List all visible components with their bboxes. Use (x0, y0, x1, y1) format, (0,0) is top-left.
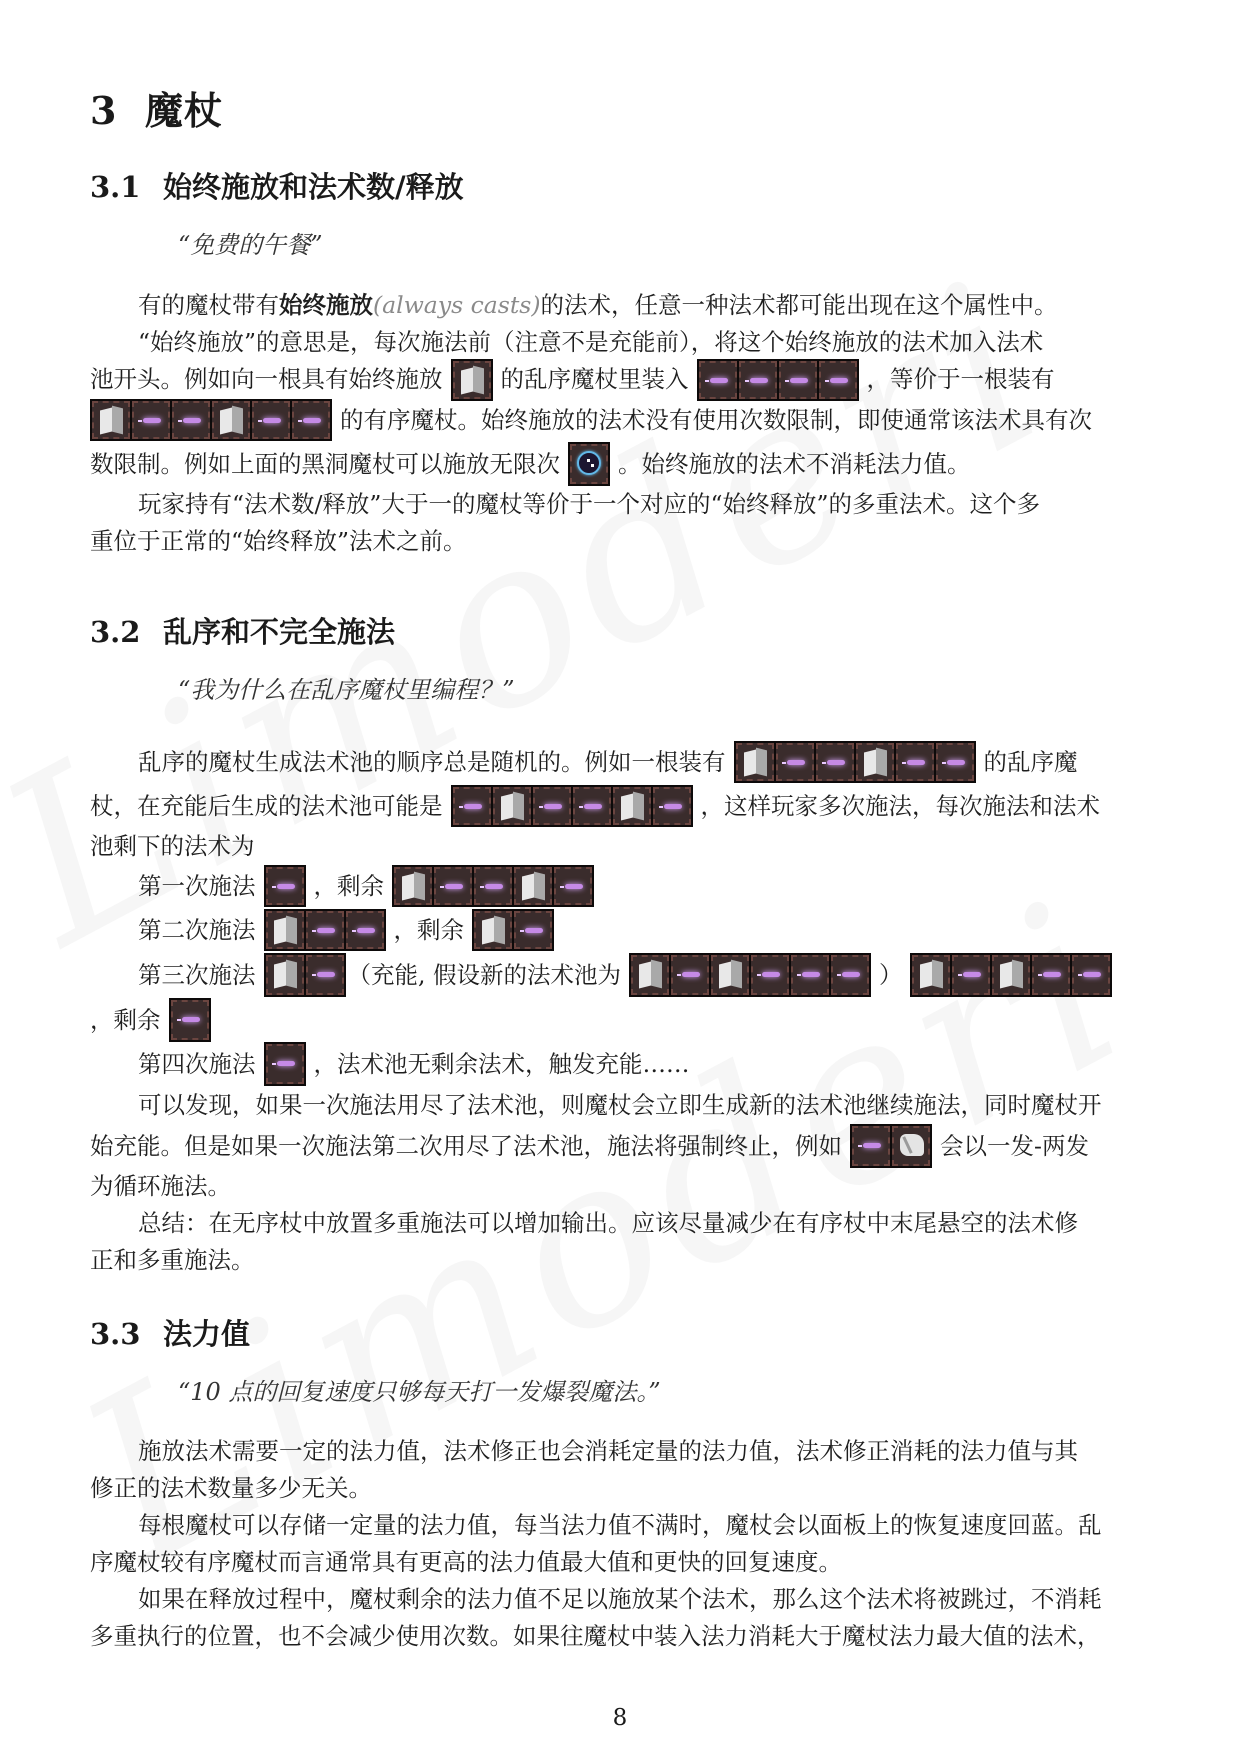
spell-strip (850, 1124, 932, 1168)
text: 乱序的魔杖生成法术池的顺序总是随机的。例如一根装有 (138, 742, 726, 782)
spark-bolt-icon (776, 743, 814, 781)
spark-bolt-icon (699, 361, 737, 399)
spark-bolt-icon (896, 743, 934, 781)
double-spell-icon (711, 955, 749, 995)
double-spell-icon (266, 911, 304, 949)
spark-bolt-icon (791, 955, 829, 995)
text: （充能, 假设新的法术池为 (348, 955, 621, 995)
chapter-title: 魔杖 (145, 88, 223, 133)
cast-step-1: 第一次施法 ，剩余 (90, 864, 1152, 908)
double-spell-icon (394, 867, 432, 905)
spell-strip (90, 399, 332, 441)
section-number: 3.1 (90, 170, 163, 204)
section-title: 乱序和不完全施法 (163, 615, 395, 649)
spark-bolt-icon (739, 361, 777, 399)
page-number: 8 (0, 1705, 1240, 1731)
section-number: 3.3 (90, 1317, 163, 1351)
double-spell-icon (631, 955, 669, 995)
double-spell-icon (912, 955, 950, 995)
spark-bolt-icon (573, 787, 611, 825)
spark-bolt-icon (172, 401, 210, 439)
double-spell-icon (856, 743, 894, 781)
spark-bolt-icon (1072, 955, 1110, 995)
text: ，剩余 (394, 910, 465, 950)
section-title: 法力值 (163, 1317, 250, 1351)
section-heading-3-2: 3.2乱序和不完全施法 (90, 610, 395, 651)
paragraph: 有的魔杖带有始终施放(always casts)的法术，任意一种法术都可能出现在… (90, 287, 1152, 560)
black-hole-icon (570, 444, 608, 484)
spark-bolt-icon (653, 787, 691, 825)
boulder-icon (892, 1126, 930, 1166)
text-line: 施放法术需要一定的法力值，法术修正也会消耗定量的法力值，法术修正消耗的法力值与其 (90, 1433, 1152, 1470)
spark-bolt-icon (751, 955, 789, 995)
text-line: 池剩下的法术为 (90, 828, 1152, 864)
text: 始充能。但是如果一次施法第二次用尽了法术池，施法将强制终止，例如 (90, 1126, 842, 1166)
text-line: 多重执行的位置，也不会减少使用次数。如果往魔杖中装入法力消耗大于魔杖法力最大值的… (90, 1618, 1152, 1655)
spark-bolt-icon (514, 911, 552, 949)
text-line: 重位于正常的“始终释放”法术之前。 (90, 523, 1152, 560)
text-line: 正和多重施法。 (90, 1242, 1152, 1278)
spark-bolt-icon (474, 867, 512, 905)
spell-strip (264, 953, 346, 997)
spell-strip (264, 1042, 306, 1086)
section-quote: “10 点的回复速度只够每天打一发爆裂魔法。” (178, 1372, 661, 1407)
spark-bolt-icon (1032, 955, 1070, 995)
english-term: (always casts) (373, 287, 541, 324)
double-spell-icon (992, 955, 1030, 995)
text: ，等价于一根装有 (867, 361, 1055, 398)
spark-bolt-icon (819, 361, 857, 399)
cast-step-3: 第三次施法 （充能, 假设新的法术池为 ） (90, 952, 1152, 998)
spark-bolt-icon (292, 401, 330, 439)
double-spell-icon (92, 401, 130, 439)
spark-bolt-icon (779, 361, 817, 399)
cast-step-4: 第四次施法 ，法术池无剩余法术，触发充能…… (90, 1042, 1152, 1086)
double-spell-icon (474, 911, 512, 949)
double-spell-icon (514, 867, 552, 905)
double-spell-icon (453, 361, 491, 399)
section-title: 始终施放和法术数/释放 (163, 170, 464, 204)
spark-bolt-icon (306, 955, 344, 995)
spark-bolt-icon (132, 401, 170, 439)
text: 的乱序魔 (984, 742, 1078, 782)
text: ） (879, 955, 903, 995)
cast-label: 第二次施法 (138, 910, 256, 950)
text-line: 总结：在无序杖中放置多重施法可以增加输出。应该尽量减少在有序杖中末尾悬空的法术修 (90, 1204, 1152, 1242)
text: 的法术，任意一种法术都可能出现在这个属性中。 (541, 287, 1058, 324)
spell-strip (472, 909, 554, 951)
text: 。始终施放的法术不消耗法力值。 (618, 446, 971, 483)
text: 有的魔杖带有 (138, 287, 279, 324)
cast-label: 第四次施法 (138, 1044, 256, 1084)
bold-term: 始终施放 (279, 287, 373, 324)
spark-bolt-icon (453, 787, 491, 825)
cast-label: 第三次施法 (138, 955, 256, 995)
section-heading-3-1: 3.1始终施放和法术数/释放 (90, 165, 464, 206)
spell-strip (910, 953, 1112, 997)
spark-bolt-icon (171, 1000, 209, 1040)
spark-bolt-icon (533, 787, 571, 825)
double-spell-icon (212, 401, 250, 439)
spark-bolt-icon (346, 911, 384, 949)
spark-bolt-icon (266, 1044, 304, 1084)
chapter-number: 3 (90, 88, 145, 133)
spell-strip (568, 442, 610, 486)
section-number: 3.2 (90, 615, 163, 649)
spark-bolt-icon (266, 867, 304, 905)
section-quote: “免费的午餐” (178, 225, 323, 260)
paragraph: 施放法术需要一定的法力值，法术修正也会消耗定量的法力值，法术修正消耗的法力值与其… (90, 1433, 1152, 1655)
spark-bolt-icon (554, 867, 592, 905)
spark-bolt-icon (831, 955, 869, 995)
text: 池开头。例如向一根具有始终施放 (90, 361, 443, 398)
text-line: 序魔杖较有序魔杖而言通常具有更高的法力值最大值和更快的回复速度。 (90, 1544, 1152, 1581)
text: ，剩余 (314, 866, 385, 906)
spark-bolt-icon (306, 911, 344, 949)
double-spell-icon (613, 787, 651, 825)
section-quote: “我为什么在乱序魔杖里编程？” (178, 670, 515, 705)
double-spell-icon (266, 955, 304, 995)
text: ，剩余 (90, 1000, 161, 1040)
spell-strip (169, 998, 211, 1042)
paragraph: 乱序的魔杖生成法术池的顺序总是随机的。例如一根装有 的乱序魔 杖，在充能后生成的… (90, 740, 1152, 1278)
text-line: 玩家持有“法术数/释放”大于一的魔杖等价于一个对应的“始终释放”的多重法术。这个… (90, 486, 1152, 523)
text: 杖，在充能后生成的法术池可能是 (90, 786, 443, 826)
text: ，法术池无剩余法术，触发充能…… (314, 1044, 690, 1084)
spell-strip (264, 865, 306, 907)
spell-strip (264, 909, 386, 951)
text: 的乱序魔杖里装入 (501, 361, 689, 398)
text-line: 修正的法术数量多少无关。 (90, 1470, 1152, 1507)
text-line: “始终施放”的意思是，每次施法前（注意不是充能前），将这个始终施放的法术加入法术 (90, 324, 1152, 361)
text-line: 如果在释放过程中，魔杖剩余的法力值不足以施放某个法术，那么这个法术将被跳过，不消… (90, 1581, 1152, 1618)
spell-strip (451, 359, 493, 401)
spell-strip (451, 785, 693, 827)
spark-bolt-icon (434, 867, 472, 905)
spell-strip (392, 865, 594, 907)
text: 数限制。例如上面的黑洞魔杖可以施放无限次 (90, 446, 560, 483)
section-heading-3-3: 3.3法力值 (90, 1312, 250, 1353)
text: 的有序魔杖。始终施放的法术没有使用次数限制，即使通常该法术具有次 (340, 402, 1092, 439)
text-line: 每根魔杖可以存储一定量的法力值，每当法力值不满时，魔杖会以面板上的恢复速度回蓝。… (90, 1507, 1152, 1544)
spark-bolt-icon (671, 955, 709, 995)
spark-bolt-icon (816, 743, 854, 781)
text: ，这样玩家多次施法，每次施法和法术 (701, 786, 1101, 826)
double-spell-icon (493, 787, 531, 825)
spark-bolt-icon (936, 743, 974, 781)
spark-bolt-icon (252, 401, 290, 439)
cast-step-2: 第二次施法 ，剩余 (90, 908, 1152, 952)
cast-label: 第一次施法 (138, 866, 256, 906)
spell-strip (734, 741, 976, 783)
text-line: 可以发现，如果一次施法用尽了法术池，则魔杖会立即生成新的法术池继续施法，同时魔杖… (90, 1086, 1152, 1124)
spark-bolt-icon (852, 1126, 890, 1166)
chapter-heading: 3魔杖 (90, 80, 223, 135)
spell-strip (697, 359, 859, 401)
spell-strip (629, 953, 871, 997)
text: 会以一发-两发 (940, 1126, 1089, 1166)
double-spell-icon (736, 743, 774, 781)
text-line: 为循环施法。 (90, 1168, 1152, 1204)
spark-bolt-icon (952, 955, 990, 995)
